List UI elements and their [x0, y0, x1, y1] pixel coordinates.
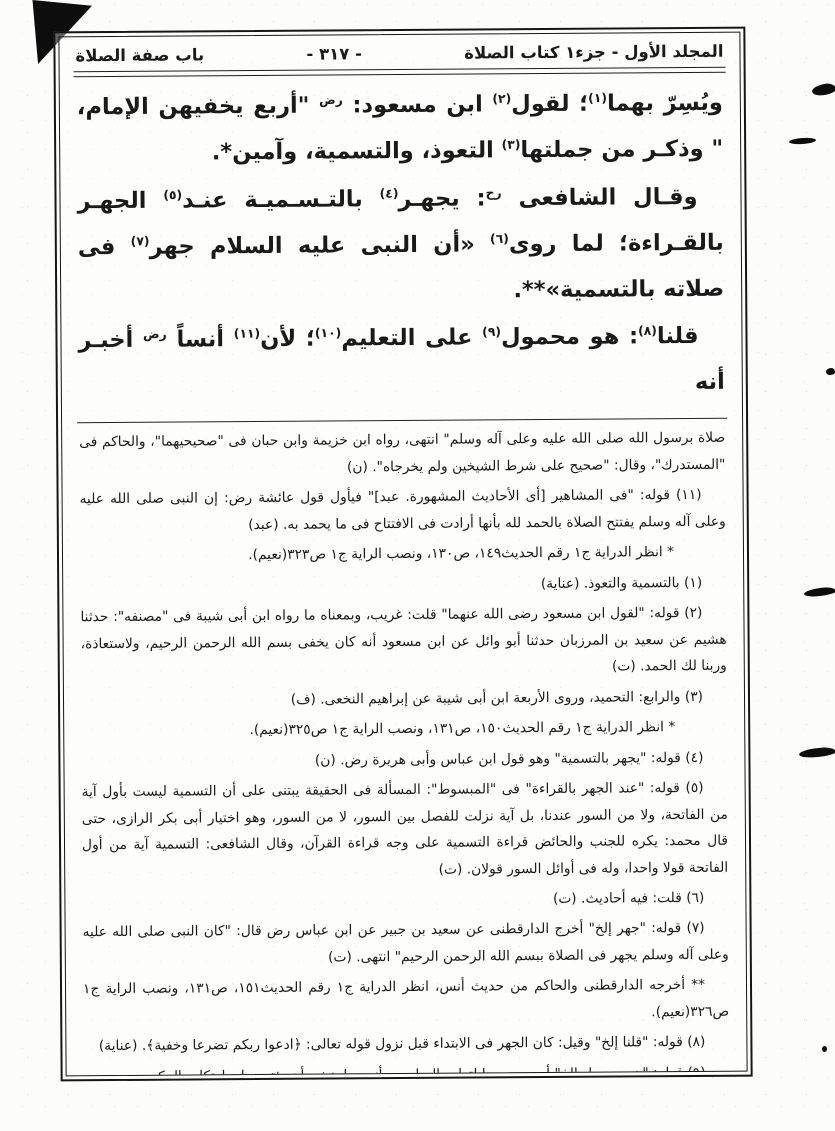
- footnote-continuation: صلاة برسول الله صلى الله عليه وعلى آله و…: [79, 425, 725, 482]
- header-volume-title: المجلد الأول - جزء١ كتاب الصلاة: [464, 42, 723, 63]
- matn-paragraph-2: وقـال الشافعى رح: يجهـر(٤) بالتـسـميـة ع…: [77, 175, 724, 317]
- footnote-item-7: (٧) قوله: "جهر إلخ" أخرج الدارقطنى عن سع…: [83, 915, 729, 972]
- header-chapter-title: باب صفة الصلاة: [75, 45, 204, 65]
- footnote-item-9: (٩) قوله: "هو محمول إلخ" أى جهر بهما لتع…: [84, 1060, 730, 1077]
- page-header: المجلد الأول - جزء١ كتاب الصلاة - ٣١٧ - …: [72, 33, 726, 71]
- footnote-star-ref-1: * انظر الدراية ج١ رقم الحديث١٤٩، ص١٣٠، و…: [80, 539, 726, 570]
- footnote-item-3: (٣) والرابع: التحميد، وروى الأربعة ابن أ…: [81, 683, 727, 714]
- footnote-item-8: (٨) قوله: "قلنا إلخ" وقيل: كان الجهر فى …: [83, 1029, 729, 1060]
- scanned-book-page: { "colors": { "ink": "#1a1a1a", "paper":…: [0, 0, 835, 1131]
- matn-paragraph-1: ويُسِرّ بهما(١)؛ لقول(٢) ابن مسعود: رض "…: [77, 81, 724, 177]
- footnote-item-1: (١) بالتسمية والتعوذ. (عناية): [80, 569, 726, 600]
- scan-artifact-blob: [804, 586, 835, 597]
- footnote-doublestar-ref: ** أخرجه الدارقطنى والحاكم من حديث أنس، …: [83, 972, 729, 1029]
- footnote-item-2: (٢) قوله: "لقول ابن مسعود رضى الله عنهما…: [80, 600, 727, 684]
- footnote-star-ref-2: * انظر الدراية ج١ رقم الحديث١٥٠، ص١٣١، و…: [81, 714, 727, 745]
- scan-artifact-blob: [811, 82, 835, 96]
- header-page-number: - ٣١٧ -: [306, 44, 362, 63]
- footnote-item-6: (٦) قلت: فيه أحاديث. (ت): [82, 885, 728, 916]
- matn-paragraph-3: قلنا(٨): هو محمول(٩) على التعليم(١٠)؛ لأ…: [78, 314, 725, 410]
- page-frame: المجلد الأول - جزء١ كتاب الصلاة - ٣١٧ - …: [53, 27, 752, 1082]
- footnote-item-4: (٤) قوله: "يجهر بالتسمية" وهو قول ابن عب…: [81, 744, 727, 775]
- matn-text: ويُسِرّ بهما(١)؛ لقول(٢) ابن مسعود: رض "…: [73, 73, 729, 415]
- scan-artifact-blob: [789, 137, 816, 145]
- scan-artifact-blob: [826, 368, 835, 375]
- scan-artifact-blob: [822, 1046, 827, 1052]
- page-content: المجلد الأول - جزء١ كتاب الصلاة - ٣١٧ - …: [58, 32, 747, 1077]
- scan-artifact-blob: [799, 746, 835, 758]
- footnote-item-11: (١١) قوله: "فى المشاهير [أى الأحاديث الم…: [80, 482, 726, 539]
- footnotes-section: صلاة برسول الله صلى الله عليه وعلى آله و…: [75, 421, 734, 1076]
- footnote-item-5: (٥) قوله: "عند الجهر بالقراءة" فى "المبس…: [82, 775, 729, 885]
